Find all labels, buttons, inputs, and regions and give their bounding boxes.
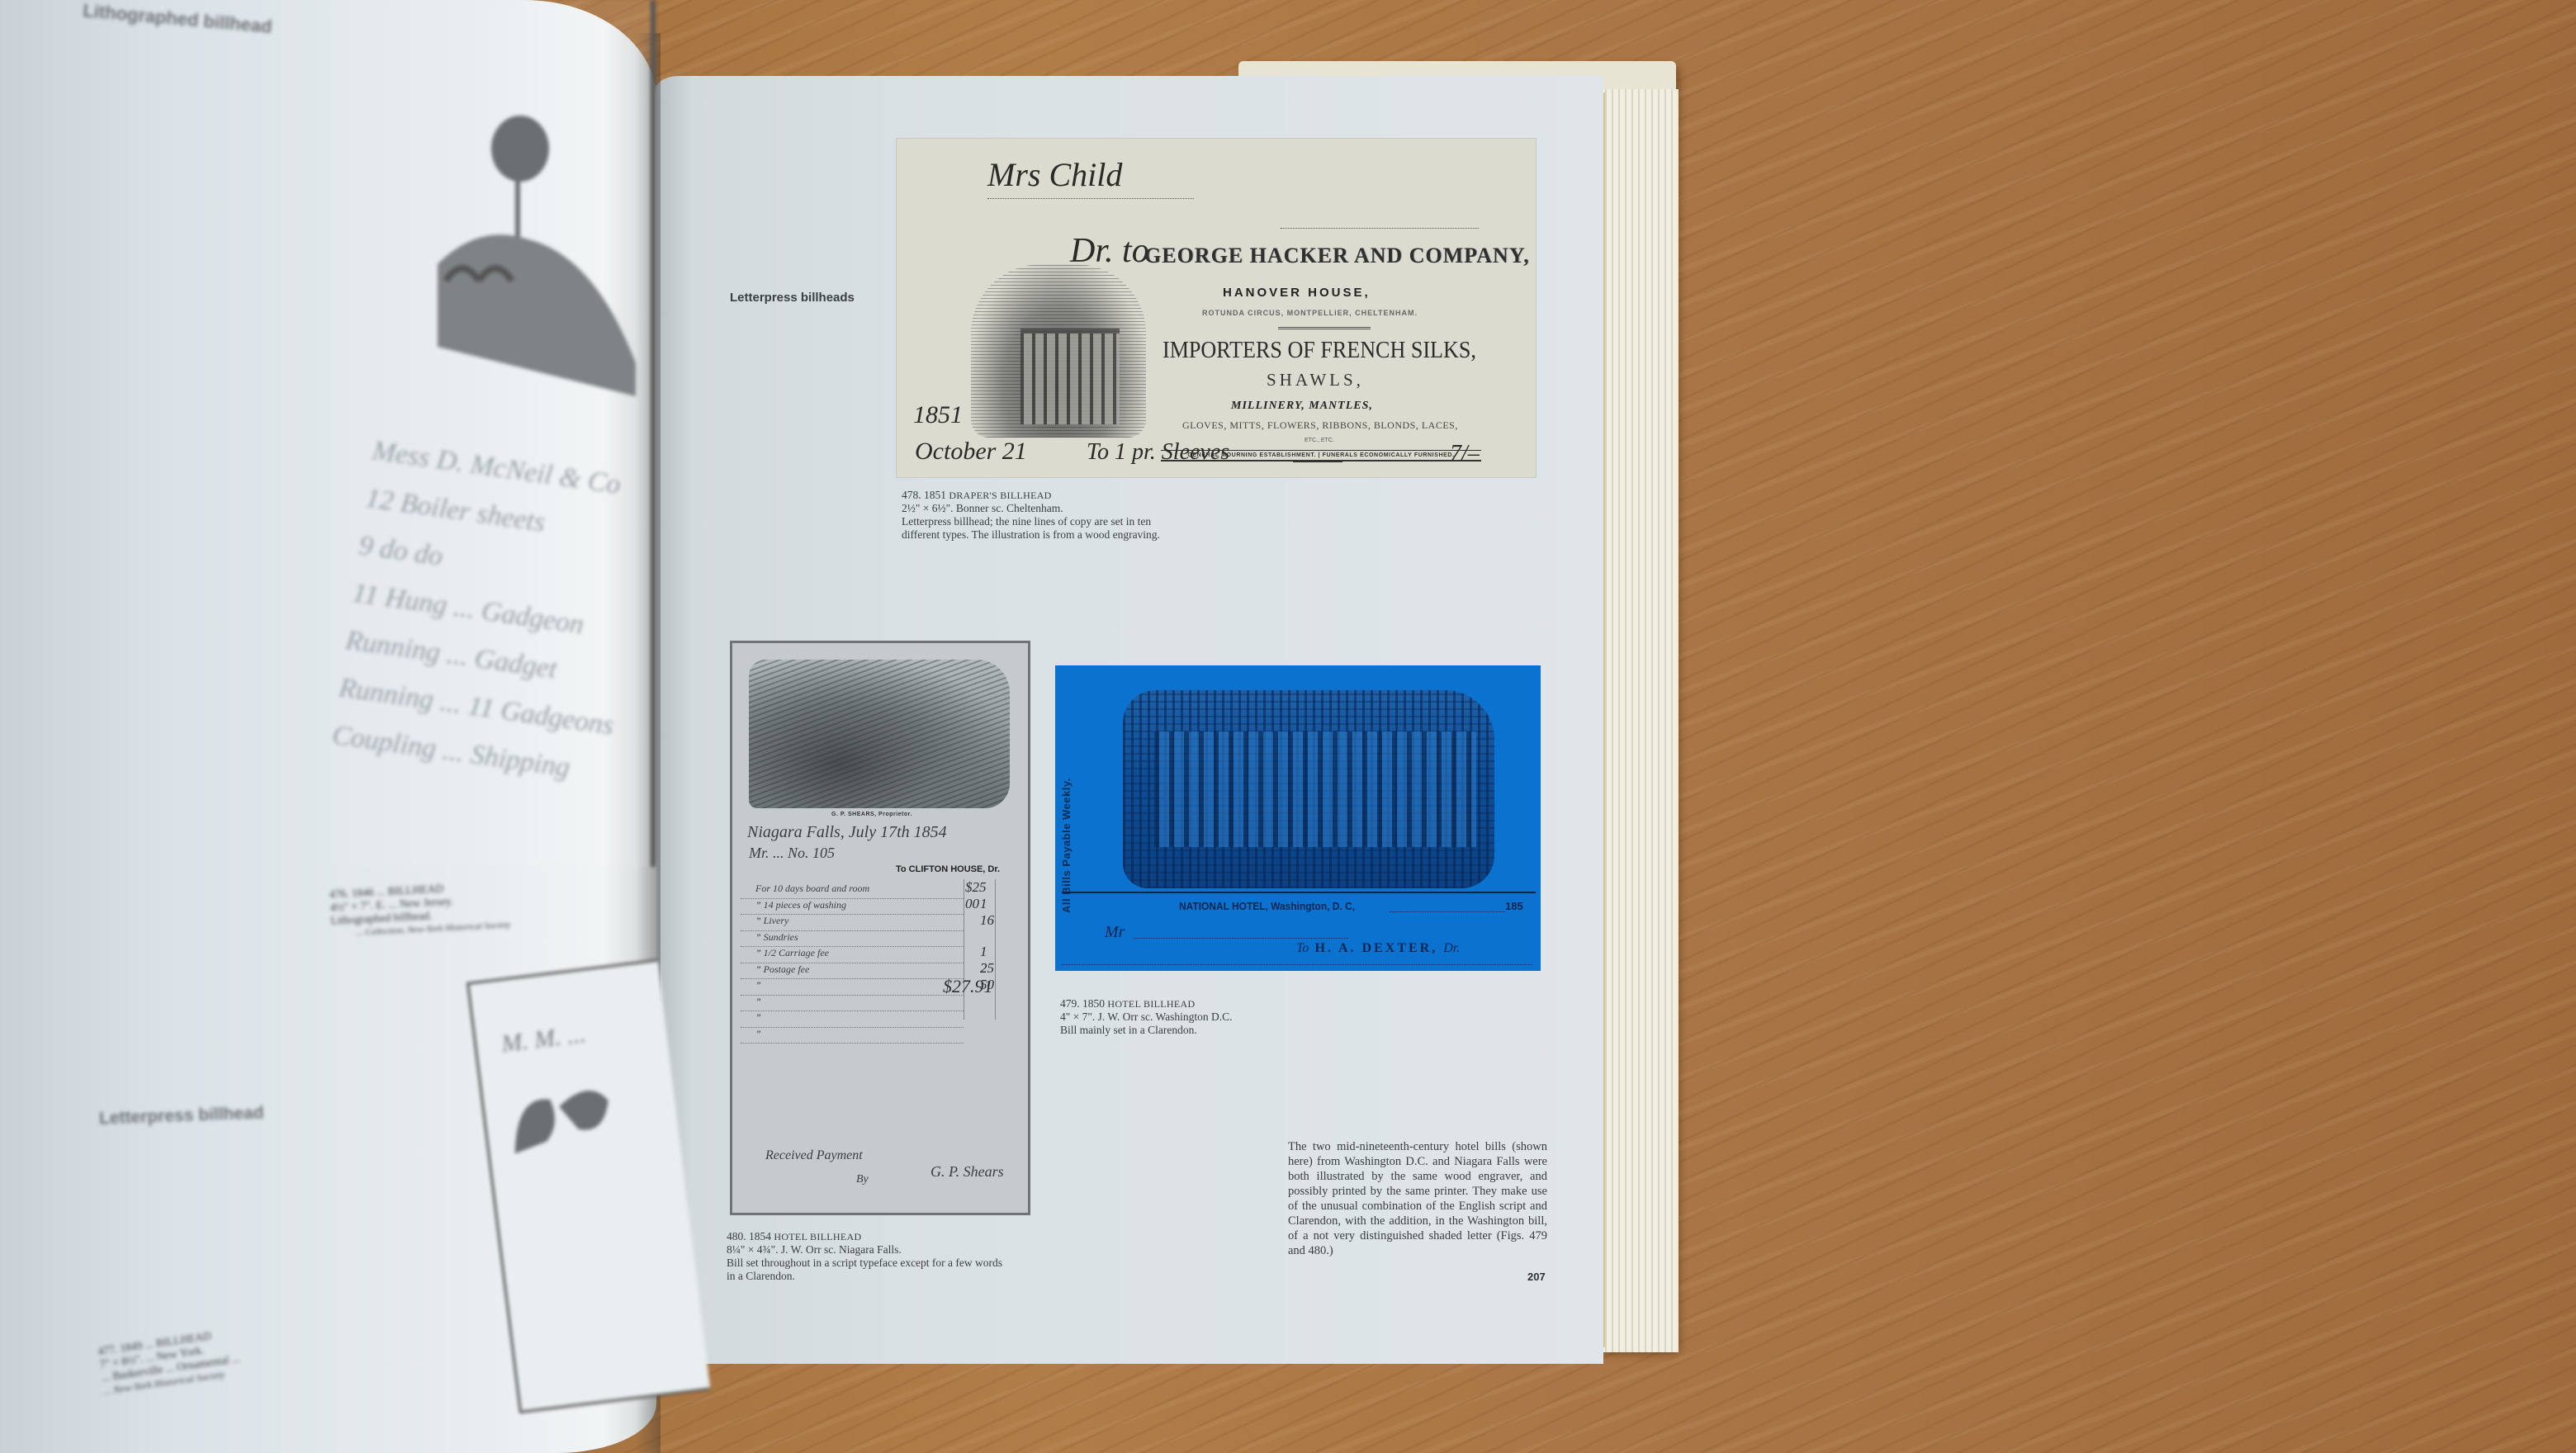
addressee: Mrs Child <box>987 155 1122 194</box>
date-line <box>1390 911 1505 912</box>
fig-number: 479. <box>1060 997 1080 1010</box>
bill-row: ” 14 pieces of washing1 16 <box>741 899 964 916</box>
fig-year: 1854 <box>749 1230 771 1242</box>
fig-title: DRAPER'S BILLHEAD <box>949 490 1051 501</box>
received-payment: Received Payment <box>765 1148 863 1163</box>
divider <box>1281 228 1479 229</box>
importers-line: IMPORTERS OF FRENCH SILKS, <box>1163 337 1476 364</box>
left-handwriting: Mess D. McNeil & Co 12 Boiler sheets 9 d… <box>320 427 670 860</box>
fig-size: 2½" × 6½". Bonner sc. Cheltenham. <box>902 502 1182 515</box>
column-rule <box>995 879 996 1020</box>
company-name: GEORGE HACKER AND COMPANY, <box>1144 244 1530 268</box>
goods-line: GLOVES, MITTS, FLOWERS, RIBBONS, BLONDS,… <box>1182 419 1458 432</box>
bill-row: ” <box>741 996 964 1012</box>
building-engraving <box>1020 329 1120 424</box>
etc-line: ETC., ETC. <box>1305 438 1334 443</box>
body-paragraph: The two mid-nineteenth-century hotel bil… <box>1288 1139 1547 1258</box>
handwritten-year: 1851 <box>913 401 963 429</box>
book-page-edges <box>1593 89 1679 1352</box>
divider <box>1293 461 1342 462</box>
divider <box>1278 327 1371 329</box>
bill-row: ” Sundries <box>741 931 964 948</box>
hotel-name: NATIONAL HOTEL, Washington, D. C, <box>1179 900 1355 912</box>
left-caption-476: 476. 1846 ... BILLHEAD 4½" × 7". E. ... … <box>329 878 510 940</box>
bill-row: ” Livery <box>741 915 964 931</box>
fig-year: 1851 <box>924 489 946 501</box>
handwritten-item: To 1 pr. Sleeves <box>1087 439 1229 466</box>
fig-text: Bill set throughout in a script typeface… <box>727 1257 1007 1283</box>
side-text: All Bills Payable Weekly. <box>1060 723 1077 913</box>
room-number: Mr. ... No. 105 <box>749 845 835 862</box>
year-prefix: 185 <box>1505 900 1523 912</box>
dr-to: Dr. to <box>1070 231 1149 271</box>
fig-size: 8¼" × 4¾". J. W. Orr sc. Niagara Falls. <box>727 1243 1007 1257</box>
fig-title: HOTEL BILLHEAD <box>1107 998 1195 1010</box>
fig-text: Bill mainly set in a Clarendon. <box>1060 1024 1324 1037</box>
fig-year: 1850 <box>1082 997 1105 1010</box>
proprietor: To H. A. DEXTER, Dr. <box>1296 941 1460 956</box>
signature: G. P. Shears <box>930 1163 1004 1181</box>
proprietor: G. P. SHEARS, Proprietor. <box>831 812 912 817</box>
to-clifton-house: To CLIFTON HOUSE, Dr. <box>896 864 1000 874</box>
name-line <box>1134 938 1348 939</box>
fig-text: Letterpress billhead; the nine lines of … <box>902 515 1182 542</box>
mr-label: Mr <box>1105 923 1125 942</box>
handwritten-amount: 7/– <box>1450 441 1480 467</box>
bill-row: ” 1/2 Carriage fee1 25 <box>741 947 964 963</box>
address: ROTUNDA CIRCUS, MONTPELLIER, CHELTENHAM. <box>1202 309 1418 317</box>
caption-480: 480. 1854 HOTEL BILLHEAD 8¼" × 4¾". J. W… <box>727 1230 1007 1283</box>
fig-number: 480. <box>727 1230 746 1242</box>
page-number: 207 <box>1527 1271 1546 1283</box>
bill-rows: For 10 days board and room$25 00 ” 14 pi… <box>741 883 964 1044</box>
landscape-illustration <box>429 99 644 396</box>
bottom-line <box>1062 964 1532 965</box>
fig-number: 478. <box>902 489 921 501</box>
divider <box>1062 892 1536 893</box>
by-label: By <box>856 1173 869 1186</box>
divider <box>987 198 1194 199</box>
figure-480-clifton-house-bill: G. P. SHEARS, Proprietor. Niagara Falls,… <box>730 641 1030 1215</box>
fig-size: 4" × 7". J. W. Orr sc. Washington D.C. <box>1060 1010 1324 1024</box>
caption-479: 479. 1850 HOTEL BILLHEAD 4" × 7". J. W. … <box>1060 997 1324 1037</box>
bill-row: ” Postage fee2 50 <box>741 963 964 980</box>
section-label: Letterpress billheads <box>730 291 855 305</box>
bill-row: ” <box>741 1028 964 1044</box>
bill-row: ”$27.91 <box>741 979 964 996</box>
caption-478: 478. 1851 DRAPER'S BILLHEAD 2½" × 6½". B… <box>902 489 1182 542</box>
place-date: Niagara Falls, July 17th 1854 <box>747 823 947 842</box>
shawls-line: SHAWLS, <box>1267 370 1364 390</box>
fig-title: HOTEL BILLHEAD <box>774 1231 861 1242</box>
handwritten-date: October 21 <box>915 438 1027 466</box>
figure-479-national-hotel-bill: All Bills Payable Weekly. NATIONAL HOTEL… <box>1055 665 1541 971</box>
figure-478-drapers-billhead: Mrs Child Dr. to GEORGE HACKER AND COMPA… <box>897 139 1536 477</box>
millinery-line: MILLINERY, MANTLES, <box>1231 400 1373 413</box>
house-name: HANOVER HOUSE, <box>1223 286 1371 300</box>
hotel-building <box>1154 731 1476 847</box>
bill-row: ” <box>741 1011 964 1028</box>
bill-row: For 10 days board and room$25 00 <box>741 883 964 899</box>
niagara-engraving <box>749 660 1010 808</box>
column-rule <box>964 879 964 1020</box>
